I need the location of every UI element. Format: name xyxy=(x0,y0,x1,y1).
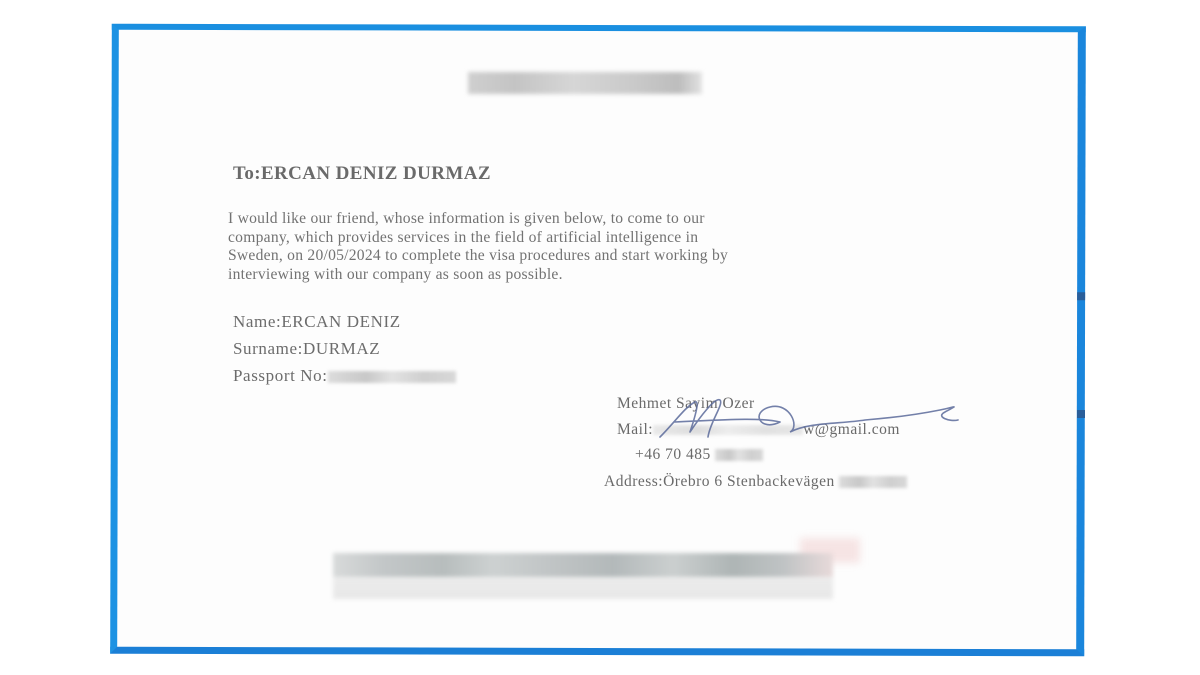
body-line: I would like our friend, whose informati… xyxy=(228,210,1018,229)
surname-field: Surname:DURMAZ xyxy=(233,339,380,359)
letter-body: I would like our friend, whose informati… xyxy=(228,210,1018,284)
redacted-letterhead xyxy=(468,72,702,94)
phone-visible: +46 70 485 xyxy=(635,446,711,463)
body-line: Sweden, on 20/05/2024 to complete the vi… xyxy=(228,247,1018,266)
body-line: interviewing with our company as soon as… xyxy=(228,266,1018,285)
body-line: company, which provides services in the … xyxy=(228,229,1018,248)
redacted-phone-digits xyxy=(715,449,763,461)
address-text: Address:Örebro 6 Stenbackevägen xyxy=(604,473,835,490)
redacted-footer xyxy=(333,553,833,599)
passport-label: Passport No: xyxy=(233,366,328,385)
signatory-phone: +46 70 485 xyxy=(635,446,763,464)
handwritten-signature-icon xyxy=(640,392,970,447)
recipient-line: To:ERCAN DENIZ DURMAZ xyxy=(233,163,491,185)
signatory-address: Address:Örebro 6 Stenbackevägen xyxy=(604,473,907,491)
redacted-postcode xyxy=(839,476,907,488)
passport-field: Passport No: xyxy=(233,366,456,386)
name-field: Name:ERCAN DENIZ xyxy=(233,312,401,332)
redacted-passport-number xyxy=(328,371,456,383)
letter-page: To:ERCAN DENIZ DURMAZ I would like our f… xyxy=(0,0,1200,675)
